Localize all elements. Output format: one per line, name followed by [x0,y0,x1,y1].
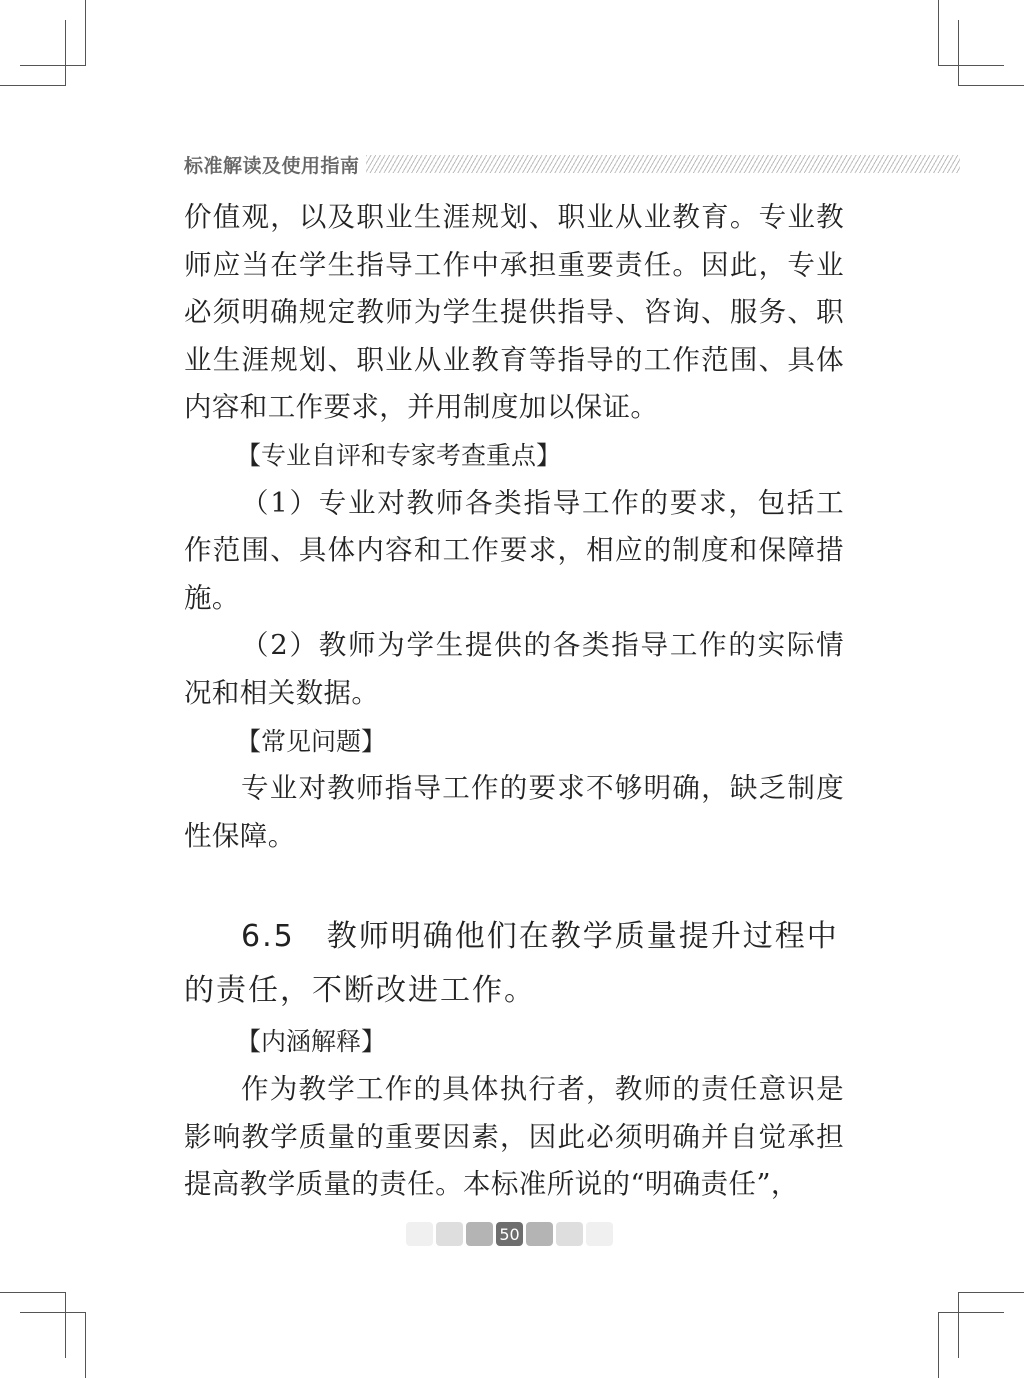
running-head: 标准解读及使用指南 [184,150,960,178]
page-number-indicator: 50 [406,1222,613,1246]
pager-decor-box [466,1222,493,1246]
page-number: 50 [496,1222,523,1246]
body-paragraph-continued: 价值观，以及职业生涯规划、职业从业教育。专业教师应当在学生指导工作中承担重要责任… [184,194,844,432]
pager-decor-box [436,1222,463,1246]
running-head-title: 标准解读及使用指南 [184,151,360,178]
review-item-1: （1）专业对教师各类指导工作的要求，包括工作范围、具体内容和工作要求，相应的制度… [184,480,844,623]
section-heading-common-issues: 【常见问题】 [184,718,844,766]
page-body: 价值观，以及职业生涯规划、职业从业教育。专业教师应当在学生指导工作中承担重要责任… [184,194,844,1209]
standard-heading-6-5: 6.5 教师明确他们在教学质量提升过程中的责任，不断改进工作。 [184,910,844,1018]
pager-decor-box [406,1222,433,1246]
meaning-text: 作为教学工作的具体执行者，教师的责任意识是影响教学质量的重要因素，因此必须明确并… [184,1066,844,1209]
common-issues-text: 专业对教师指导工作的要求不够明确，缺乏制度性保障。 [184,765,844,860]
section-heading-meaning: 【内涵解释】 [184,1018,844,1066]
section-heading-review-focus: 【专业自评和专家考查重点】 [184,432,844,480]
pager-decor-box [526,1222,553,1246]
pager-decor-box [556,1222,583,1246]
running-head-hatch-rule [366,155,960,173]
pager-decor-box [586,1222,613,1246]
review-item-2: （2）教师为学生提供的各类指导工作的实际情况和相关数据。 [184,622,844,717]
